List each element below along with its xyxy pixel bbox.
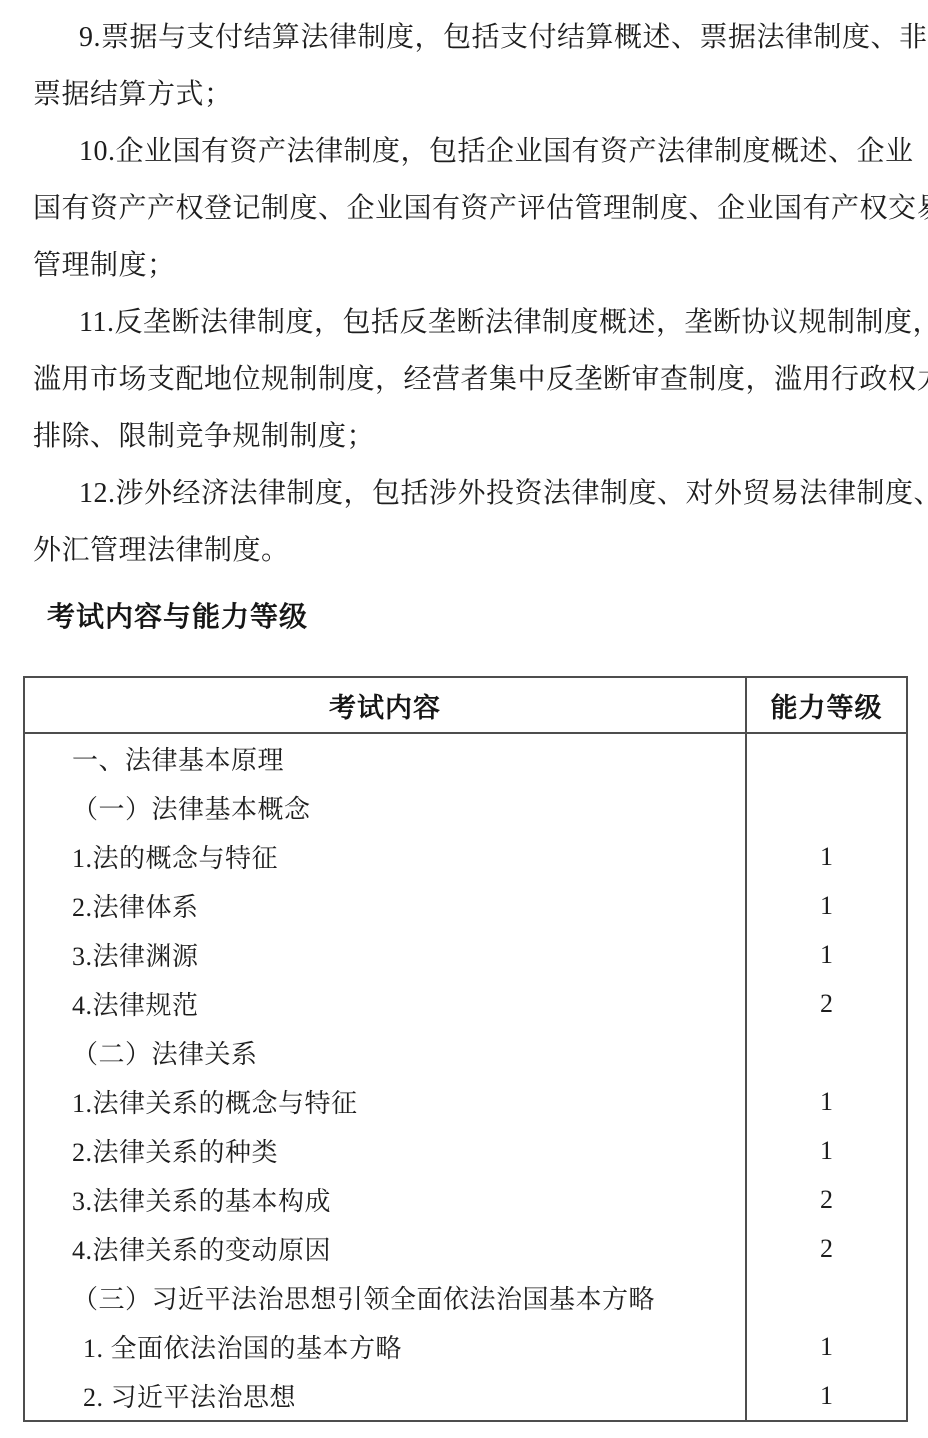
paragraph-line: 票据结算方式； [33, 66, 895, 123]
row-grade [745, 1273, 906, 1322]
row-content: （二）法律关系 [25, 1028, 745, 1077]
table-row: 1. 全面依法治国的基本方略1 [25, 1322, 906, 1371]
row-content: 4.法律关系的变动原因 [25, 1224, 745, 1273]
row-content: 1.法律关系的概念与特征 [25, 1077, 745, 1126]
paragraph-line: 9.票据与支付结算法律制度，包括支付结算概述、票据法律制度、非 [33, 9, 895, 66]
header-exam-content: 考试内容 [25, 678, 745, 732]
row-grade [745, 783, 906, 832]
row-content: 3.法律关系的基本构成 [25, 1175, 745, 1224]
paragraph: 10.企业国有资产法律制度，包括企业国有资产法律制度概述、企业国有资产产权登记制… [33, 123, 895, 294]
row-grade: 1 [745, 1077, 906, 1126]
paragraph-line: 排除、限制竞争规制制度； [33, 408, 895, 465]
table-row: （二）法律关系 [25, 1028, 906, 1077]
paragraph-line: 外汇管理法律制度。 [33, 522, 895, 579]
table-row: （三）习近平法治思想引领全面依法治国基本方略 [25, 1273, 906, 1322]
paragraph-line: 11.反垄断法律制度，包括反垄断法律制度概述，垄断协议规制制度， [33, 294, 895, 351]
row-grade: 1 [745, 930, 906, 979]
row-grade: 2 [745, 979, 906, 1028]
paragraph-line: 管理制度； [33, 237, 895, 294]
row-grade [745, 734, 906, 783]
table-row: 1.法的概念与特征1 [25, 832, 906, 881]
row-content: 2. 习近平法治思想 [25, 1371, 745, 1420]
row-content: 1.法的概念与特征 [25, 832, 745, 881]
row-content: 3.法律渊源 [25, 930, 745, 979]
row-grade: 2 [745, 1224, 906, 1273]
document-page: 9.票据与支付结算法律制度，包括支付结算概述、票据法律制度、非票据结算方式；10… [0, 0, 928, 1438]
paragraph-line: 12.涉外经济法律制度，包括涉外投资法律制度、对外贸易法律制度、 [33, 465, 895, 522]
body-paragraphs: 9.票据与支付结算法律制度，包括支付结算概述、票据法律制度、非票据结算方式；10… [0, 0, 928, 579]
paragraph: 12.涉外经济法律制度，包括涉外投资法律制度、对外贸易法律制度、外汇管理法律制度… [33, 465, 895, 579]
paragraph-line: 国有资产产权登记制度、企业国有资产评估管理制度、企业国有产权交易 [33, 180, 895, 237]
row-content: 一、法律基本原理 [25, 734, 745, 783]
table-row: 1.法律关系的概念与特征1 [25, 1077, 906, 1126]
table-row: 2. 习近平法治思想1 [25, 1371, 906, 1420]
row-grade: 1 [745, 1322, 906, 1371]
table-row: 2.法律关系的种类1 [25, 1126, 906, 1175]
row-grade [745, 1028, 906, 1077]
row-grade: 1 [745, 881, 906, 930]
table-header-row: 考试内容 能力等级 [25, 678, 906, 734]
table-row: 3.法律关系的基本构成2 [25, 1175, 906, 1224]
content-table: 考试内容 能力等级 一、法律基本原理（一）法律基本概念1.法的概念与特征12.法… [23, 676, 908, 1422]
row-grade: 1 [745, 1126, 906, 1175]
table-row: 一、法律基本原理 [25, 734, 906, 783]
row-content: 4.法律规范 [25, 979, 745, 1028]
table-row: 2.法律体系1 [25, 881, 906, 930]
row-content: 2.法律关系的种类 [25, 1126, 745, 1175]
row-content: 1. 全面依法治国的基本方略 [25, 1322, 745, 1371]
paragraph: 9.票据与支付结算法律制度，包括支付结算概述、票据法律制度、非票据结算方式； [33, 9, 895, 123]
row-grade: 1 [745, 1371, 906, 1420]
table-row: 4.法律规范2 [25, 979, 906, 1028]
table-row: 3.法律渊源1 [25, 930, 906, 979]
header-ability-level: 能力等级 [745, 678, 906, 732]
row-grade: 1 [745, 832, 906, 881]
table-row: （一）法律基本概念 [25, 783, 906, 832]
section-heading: 考试内容与能力等级 [47, 600, 928, 634]
row-grade: 2 [745, 1175, 906, 1224]
row-content: 2.法律体系 [25, 881, 745, 930]
paragraph-line: 滥用市场支配地位规制制度，经营者集中反垄断审查制度，滥用行政权力 [33, 351, 895, 408]
table-row: 4.法律关系的变动原因2 [25, 1224, 906, 1273]
table-body: 一、法律基本原理（一）法律基本概念1.法的概念与特征12.法律体系13.法律渊源… [25, 734, 906, 1420]
paragraph-line: 10.企业国有资产法律制度，包括企业国有资产法律制度概述、企业 [33, 123, 895, 180]
row-content: （三）习近平法治思想引领全面依法治国基本方略 [25, 1273, 745, 1322]
paragraph: 11.反垄断法律制度，包括反垄断法律制度概述，垄断协议规制制度，滥用市场支配地位… [33, 294, 895, 465]
row-content: （一）法律基本概念 [25, 783, 745, 832]
